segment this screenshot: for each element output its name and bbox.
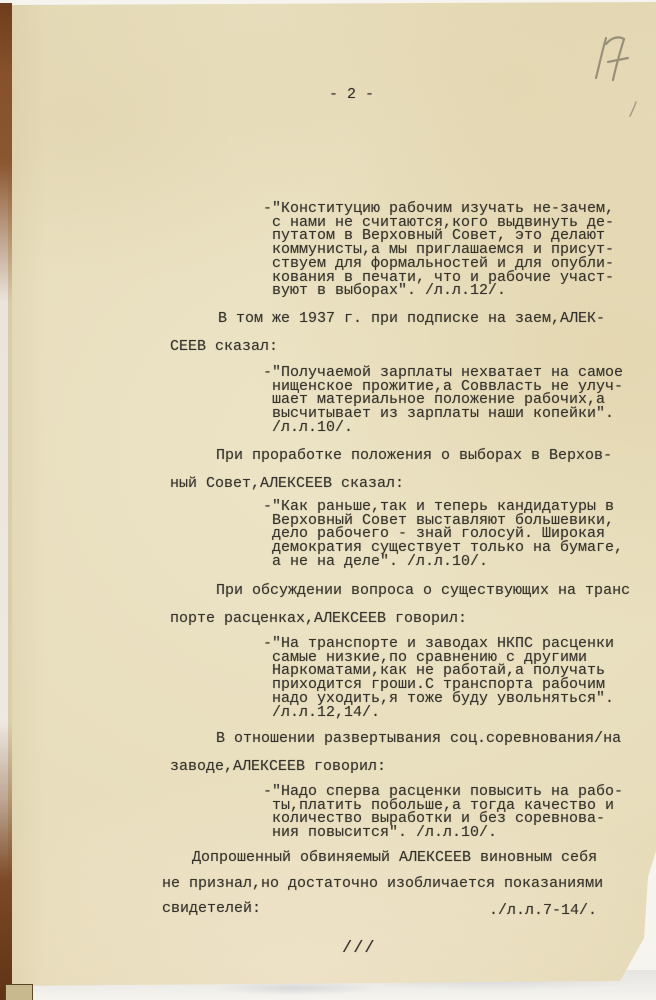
quote-block: -"На транспорте и заводах НКПС расценкис… [263, 637, 614, 719]
scanned-document: - 2 - -"Конституцию рабочим изучать не-з… [0, 0, 656, 1000]
typed-page-number: - 2 - [329, 87, 374, 102]
text-line: Допрошенный обвиняемый АЛЕКСЕЕВ виновным… [162, 845, 603, 871]
text-line: При проработке положения о выборах в Вер… [170, 442, 612, 470]
text-line: а не на деле". /л.л.10/. [272, 555, 623, 569]
text-line: В отношении развертывания соц.соревнован… [170, 725, 621, 753]
text-line: заводе,АЛЕКСЕЕВ говорил: [170, 753, 621, 781]
text-line: /л.л.12,14/. [272, 706, 614, 720]
quote-block: -"Конституцию рабочим изучать не-зачем,с… [263, 202, 614, 298]
text-line: В том же 1937 г. при подписке на заем,АЛ… [170, 305, 605, 333]
text-line: /л.л.10/. [272, 421, 623, 435]
handwritten-page-number [586, 30, 634, 88]
paragraph-block: В отношении развертывания соц.соревнован… [170, 725, 621, 780]
end-mark: /// [342, 940, 376, 958]
text-line: вуют в выборах". /л.л.12/. [272, 284, 614, 298]
text-line: ния повысится". /л.л.10/. [272, 826, 623, 840]
quote-block: -"Получаемой зарплаты нехватает на самое… [263, 366, 623, 435]
text-line: При обсуждении вопроса о существующих на… [170, 577, 630, 605]
text-line: СЕЕВ сказал: [170, 333, 605, 361]
document-page: - 2 - -"Конституцию рабочим изучать не-з… [0, 0, 656, 1000]
citation-note: ./л.л.7-14/. [489, 903, 597, 918]
quote-block: -"Как раньше,так и теперь кандидатуры вВ… [263, 500, 623, 569]
paragraph-block: При обсуждении вопроса о существующих на… [170, 577, 630, 632]
text-line: ный Совет,АЛЕКСЕЕВ сказал: [170, 470, 612, 498]
paragraph-block: При проработке положения о выборах в Вер… [170, 442, 612, 497]
paragraph-block: В том же 1937 г. при подписке на заем,АЛ… [170, 305, 605, 360]
pencil-mark [628, 100, 640, 118]
binding-edge [0, 3, 12, 1000]
binding-bottom-tab [5, 984, 33, 1000]
text-line: не признал,но достаточно изобличается по… [162, 871, 603, 897]
text-line: порте расценках,АЛЕКСЕЕВ говорил: [170, 605, 630, 633]
quote-block: -"Надо сперва расценки повысить на рабо-… [263, 785, 623, 840]
